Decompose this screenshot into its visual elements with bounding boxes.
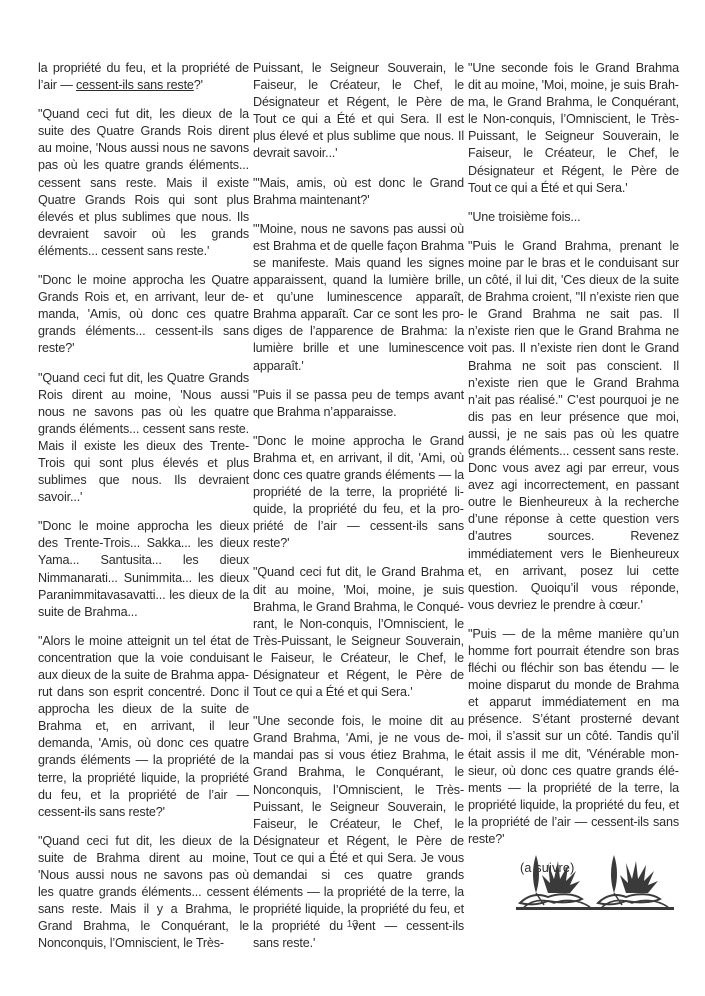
paragraph: "Puis — de la même manière qu’un homme f… — [468, 626, 679, 848]
paragraph: "Puis le Grand Brahma, prenant le moine … — [468, 238, 679, 614]
paragraph: "Puis il se passa peu de temps avant que… — [253, 387, 464, 421]
paragraph-text: ?' — [194, 78, 203, 92]
paragraph: "'Moine, nous ne savons pas aussi où est… — [253, 221, 464, 375]
paragraph: "Quand ceci fut dit, le Grand Brahma dit… — [253, 564, 464, 701]
paragraph: "Quand ceci fut dit, les dieux de la sui… — [38, 833, 249, 953]
paragraph: "'Mais, amis, où est donc le Grand Brahm… — [253, 175, 464, 209]
underlined-phrase: cessent-ils sans reste — [76, 78, 194, 92]
paragraph: "Une seconde fois le Grand Brahma dit au… — [468, 60, 679, 197]
paragraph: "Quand ceci fut dit, les Quatre Grands R… — [38, 370, 249, 507]
text-column-1: la propriété du feu, et la propriété de … — [38, 60, 249, 965]
paragraph: "Donc le moine approcha les Quatre Grand… — [38, 272, 249, 357]
paragraph: "Une troisième fois... — [468, 209, 679, 226]
paragraph: "Alors le moine atteignit un tel état de… — [38, 633, 249, 821]
text-column-2: Puissant, le Seigneur Souverain, le Fai­… — [253, 60, 464, 965]
paragraph: "Donc le moine approcha le Grand Brahma … — [253, 433, 464, 553]
paragraph: la propriété du feu, et la propriété de … — [38, 60, 249, 94]
paragraph: Puissant, le Seigneur Souverain, le Fai­… — [253, 60, 464, 163]
document-page: la propriété du feu, et la propriété de … — [0, 0, 705, 996]
paragraph: "Une seconde fois, le moine dit au Grand… — [253, 713, 464, 952]
paragraph: "Donc le moine approcha les dieux des Tr… — [38, 518, 249, 621]
lotus-ornament-icon — [516, 853, 674, 913]
paragraph: "Quand ceci fut dit, les dieux de la sui… — [38, 106, 249, 260]
text-column-3: "Une seconde fois le Grand Brahma dit au… — [468, 60, 679, 877]
page-number: 13 — [0, 918, 705, 930]
